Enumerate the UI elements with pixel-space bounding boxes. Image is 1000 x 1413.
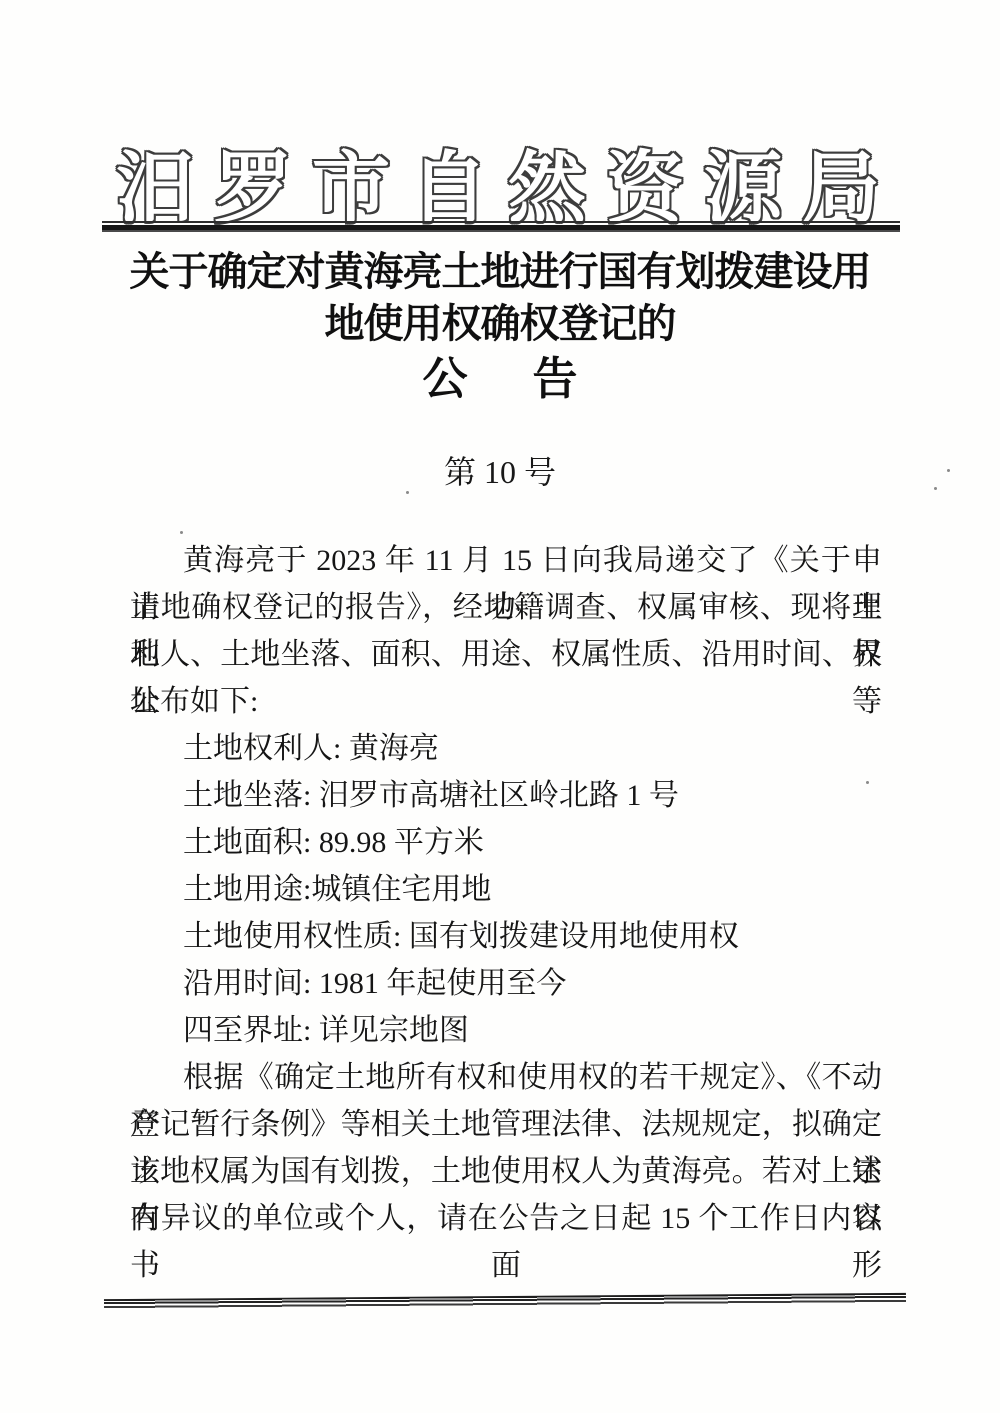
- body-line: 土地使用权性质: 国有划拨建设用地使用权: [130, 913, 882, 960]
- scan-speck: [406, 491, 409, 494]
- scan-speck: [180, 531, 183, 534]
- body-line: 土地面积: 89.98 平方米: [130, 819, 882, 866]
- body-line: 根据《确定土地所有权和使用权的若干规定》、《不动产: [130, 1054, 882, 1101]
- body-line: 土地权属为国有划拨，土地使用权人为黄海亮。若对上述内容: [130, 1148, 882, 1195]
- scan-speck: [866, 781, 869, 784]
- body-line: 沿用时间: 1981 年起使用至今: [130, 960, 882, 1007]
- body-line: 土地确权登记的报告》，经地籍调查、权属审核、现将土地权: [130, 584, 882, 631]
- body-line: 土地坐落: 汨罗市高塘社区岭北路 1 号: [130, 772, 882, 819]
- body-line: 四至界址: 详见宗地图: [130, 1007, 882, 1054]
- document-title: 关于确定对黄海亮土地进行国有划拨建设用 地使用权确权登记的 公 告: [0, 246, 1000, 408]
- scan-speck: [947, 469, 950, 472]
- body-text: 黄海亮于 2023 年 11 月 15 日向我局递交了《关于申请办理土地确权登记…: [130, 537, 882, 1242]
- body-line: 土地权利人: 黄海亮: [130, 725, 882, 772]
- body-line: 土地用途:城镇住宅用地: [130, 866, 882, 913]
- body-line: 黄海亮于 2023 年 11 月 15 日向我局递交了《关于申请办理: [130, 537, 882, 584]
- title-line-3: 公 告: [0, 350, 1000, 408]
- body-line: 登记暂行条例》等相关土地管理法律、法规规定，拟确定该宗: [130, 1101, 882, 1148]
- document-page: 汨罗市自然资源局 关于确定对黄海亮土地进行国有划拨建设用 地使用权确权登记的 公…: [0, 0, 1000, 1413]
- footer-rule: [104, 1293, 906, 1310]
- body-line: 有异议的单位或个人，请在公告之日起 15 个工作日内以书面形: [130, 1195, 882, 1242]
- masthead-double-rule: [102, 221, 900, 233]
- title-line-1: 关于确定对黄海亮土地进行国有划拨建设用: [0, 246, 1000, 298]
- document-number: 第 10 号: [0, 447, 1000, 493]
- scan-speck: [934, 487, 937, 490]
- title-line-2: 地使用权确权登记的: [0, 298, 1000, 350]
- body-line: 利人、土地坐落、面积、用途、权属性质、沿用时间、界址等: [130, 631, 882, 678]
